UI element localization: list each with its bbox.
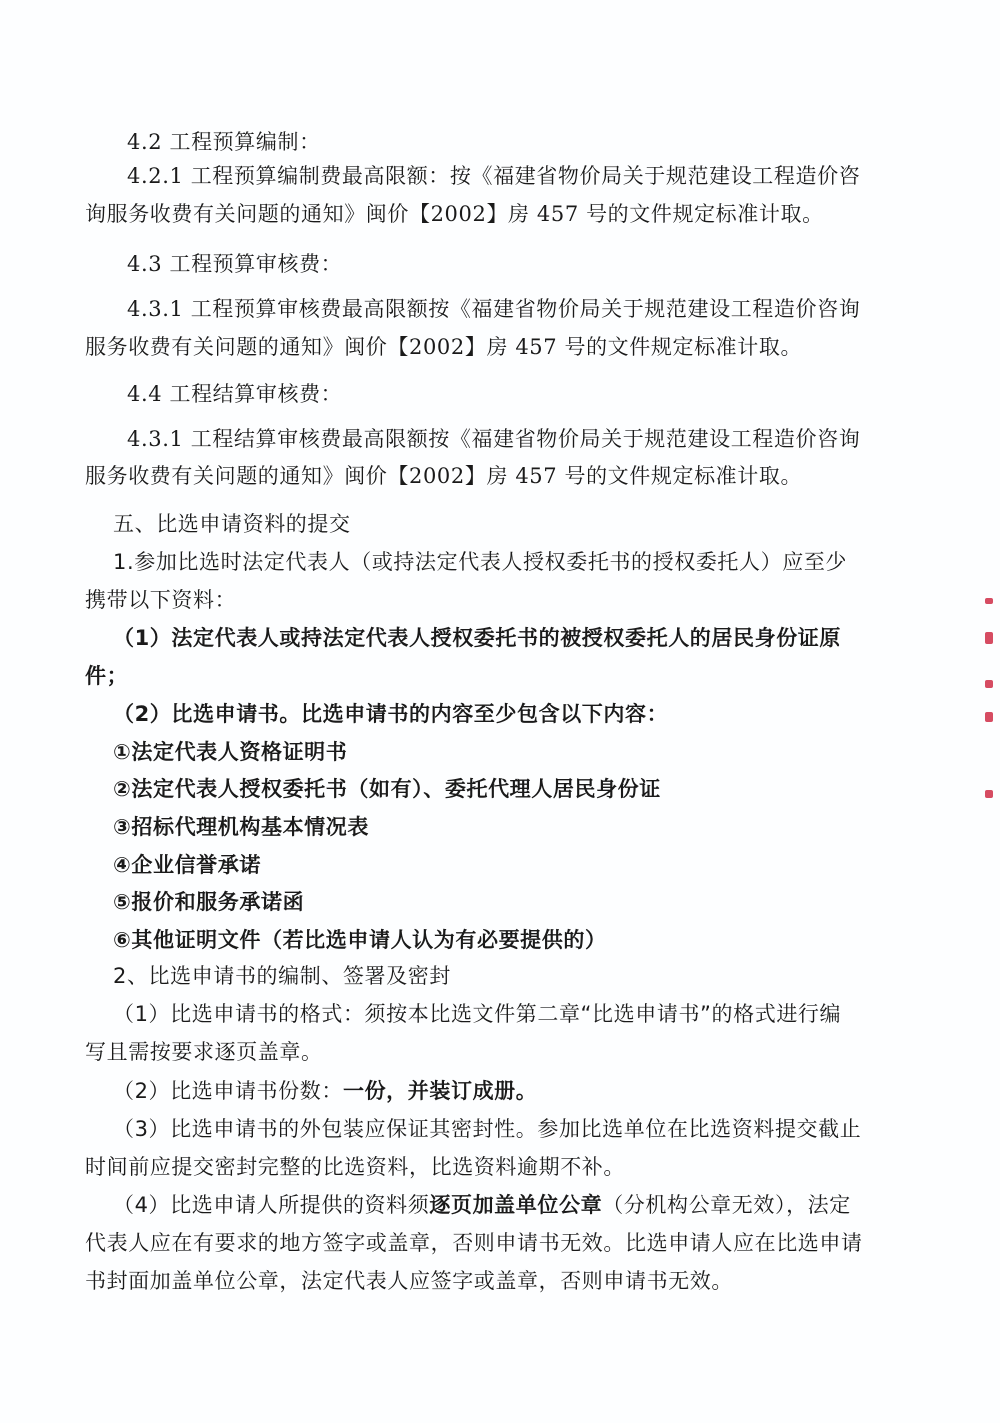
p2-2: （2）比选申请书份数：一份，并装订成册。 [113, 1077, 537, 1105]
paragraph-4-4-1-line2: 服务收费有关问题的通知》闽价【2002】房 457 号的文件规定标准计取。 [85, 462, 802, 490]
para2-heading: 2、比选申请书的编制、签署及密封 [113, 962, 451, 990]
sub-item-3: ③招标代理机构基本情况表 [113, 813, 369, 841]
item2: （2）比选申请书。比选申请书的内容至少包含以下内容： [113, 700, 668, 728]
chapter-5-heading: 五、比选申请资料的提交 [113, 510, 351, 538]
p2-3-line1: （3）比选申请书的外包装应保证其密封性。参加比选单位在比选资料提交截止 [113, 1115, 861, 1143]
p2-4-line3: 书封面加盖单位公章，法定代表人应签字或盖章，否则申请书无效。 [85, 1267, 733, 1295]
para1-line1: 1.参加比选时法定代表人（或持法定代表人授权委托书的授权委托人）应至少 [113, 548, 847, 576]
sub-item-2: ②法定代表人授权委托书（如有）、委托代理人居民身份证 [113, 775, 661, 803]
paragraph-4-2-1-line2: 询服务收费有关问题的通知》闽价【2002】房 457 号的文件规定标准计取。 [85, 200, 824, 228]
heading-4-3: 4.3 工程预算审核费： [127, 250, 342, 278]
p2-4-c: （分机构公章无效），法定 [602, 1193, 851, 1217]
sub-item-6: ⑥其他证明文件（若比选申请人认为有必要提供的） [113, 926, 607, 954]
item1-line2: 件； [85, 662, 128, 690]
p2-4-a: （4）比选申请人所提供的资料须 [113, 1193, 429, 1217]
sub-item-4: ④企业信誉承诺 [113, 851, 261, 879]
p2-4-line2: 代表人应在有要求的地方签字或盖章，否则申请书无效。比选申请人应在比选申请 [85, 1229, 863, 1257]
para1-line2: 携带以下资料： [85, 586, 236, 614]
sub-item-5: ⑤报价和服务承诺函 [113, 888, 304, 916]
seal-mark [985, 680, 993, 688]
p2-1-line1: （1）比选申请书的格式：须按本比选文件第二章“比选申请书”的格式进行编 [113, 1000, 841, 1028]
paragraph-4-3-1-line1: 4.3.1 工程预算审核费最高限额按《福建省物价局关于规范建设工程造价咨询 [127, 295, 860, 323]
p2-4-line1: （4）比选申请人所提供的资料须逐页加盖单位公章（分机构公章无效），法定 [113, 1191, 851, 1219]
paragraph-4-3-1-line2: 服务收费有关问题的通知》闽价【2002】房 457 号的文件规定标准计取。 [85, 333, 802, 361]
item1-line1: （1）法定代表人或持法定代表人授权委托书的被授权委托人的居民身份证原 [113, 624, 841, 652]
paragraph-4-4-1-line1: 4.3.1 工程结算审核费最高限额按《福建省物价局关于规范建设工程造价咨询 [127, 425, 860, 453]
seal-mark [985, 632, 993, 644]
heading-4-2: 4.2 工程预算编制： [127, 128, 321, 156]
heading-4-4: 4.4 工程结算审核费： [127, 380, 342, 408]
seal-mark [985, 790, 993, 798]
p2-3-line2: 时间前应提交密封完整的比选资料，比选资料逾期不补。 [85, 1153, 625, 1181]
p2-1-line2: 写且需按要求逐页盖章。 [85, 1038, 323, 1066]
paragraph-4-2-1-line1: 4.2.1 工程预算编制费最高限额：按《福建省物价局关于规范建设工程造价咨 [127, 162, 860, 190]
seal-mark [985, 712, 993, 722]
p2-2-value: 一份，并装订成册。 [343, 1079, 537, 1103]
p2-4-b: 逐页加盖单位公章 [429, 1193, 602, 1217]
sub-item-1: ①法定代表人资格证明书 [113, 738, 347, 766]
seal-mark [985, 598, 993, 604]
document-page: 4.2 工程预算编制： 4.2.1 工程预算编制费最高限额：按《福建省物价局关于… [0, 0, 1000, 1423]
p2-2-label: （2）比选申请书份数： [113, 1079, 343, 1103]
